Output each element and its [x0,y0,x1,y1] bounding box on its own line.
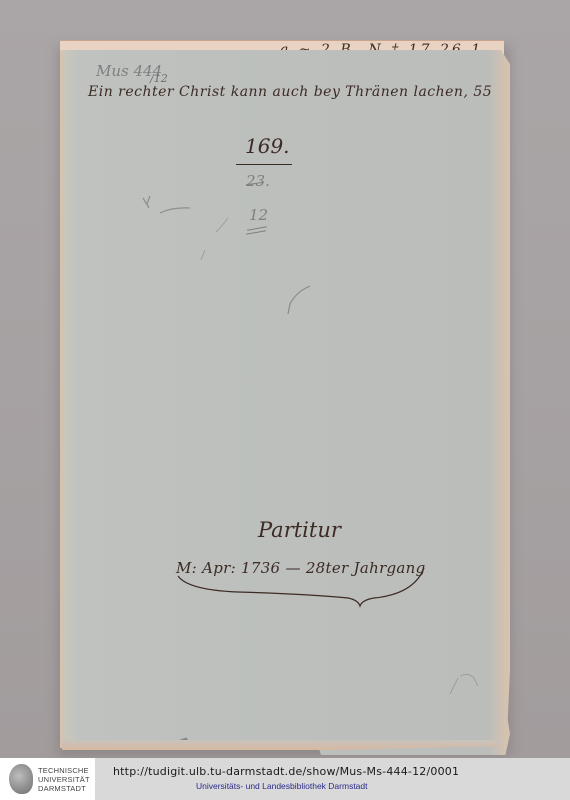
tu-darmstadt-logo[interactable]: TECHNISCHE UNIVERSITÄT DARMSTADT [0,758,95,800]
footer-bar: TECHNISCHE UNIVERSITÄT DARMSTADT http://… [0,758,570,800]
score-title: Partitur [258,518,341,542]
athena-head-icon [9,764,33,794]
date-line: M: Apr: 1736 — 28ter Jahrgang [176,559,426,577]
logo-text: TECHNISCHE UNIVERSITÄT DARMSTADT [38,766,90,793]
manuscript-scan: a ~ 2 B. N † 17 26 1 Mus 444 /12 Ein rec… [0,0,570,758]
library-name[interactable]: Universitäts- und Landesbibliothek Darms… [196,781,368,791]
permalink-url[interactable]: http://tudigit.ulb.tu-darmstadt.de/show/… [113,765,459,778]
